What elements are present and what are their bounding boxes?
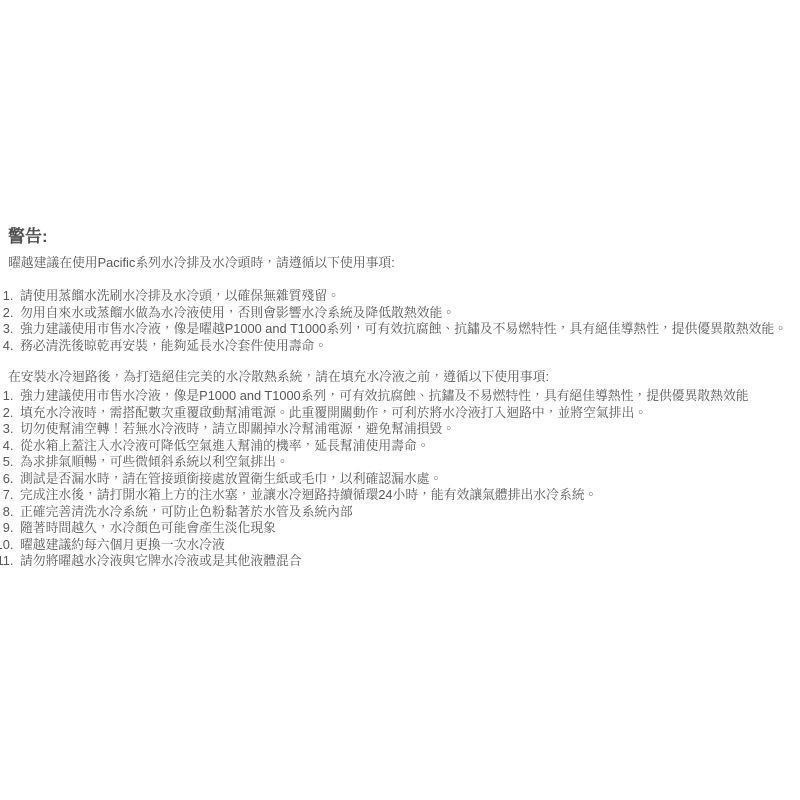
instruction-item: 勿用自來水或蒸餾水做為水冷液使用，否則會影響水冷系統及降低散熱效能。: [17, 305, 792, 322]
instruction-item: 填充水冷液時，需搭配數次重覆啟動幫浦電源。此重覆開關動作，可利於將水冷液打入迴路…: [17, 405, 792, 422]
document-page: 警告: 曜越建議在使用Pacific系列水冷排及水冷頭時，請遵循以下使用事項: …: [0, 227, 800, 570]
instruction-item: 強力建議使用市售水冷液，像是P1000 and T1000系列，可有效抗腐蝕、抗…: [17, 388, 792, 405]
fill-instructions-list: 強力建議使用市售水冷液，像是P1000 and T1000系列，可有效抗腐蝕、抗…: [8, 388, 792, 570]
instruction-item: 請使用蒸餾水洗刷水冷排及水冷頭，以確保無雜質殘留。: [17, 288, 792, 305]
instruction-item: 為求排氣順暢，可些微傾斜系統以利空氣排出。: [17, 454, 792, 471]
instruction-item: 切勿使幫浦空轉！若無水冷液時，請立即關掉水冷幫浦電源，避免幫浦損毀。: [17, 421, 792, 438]
instruction-item: 曜越建議約每六個月更換一次水冷液: [17, 537, 792, 554]
instruction-item: 從水箱上蓋注入水冷液可降低空氣進入幫浦的機率，延長幫浦使用壽命。: [17, 438, 792, 455]
instruction-item: 隨著時間越久，水冷顏色可能會產生淡化現象: [17, 520, 792, 537]
fill-intro-paragraph: 在安裝水冷迴路後，為打造絕佳完美的水冷散熱系統，請在填充水冷液之前，遵循以下使用…: [8, 369, 792, 385]
instruction-item: 強力建議使用市售水冷液，像是曜越P1000 and T1000系列，可有效抗腐蝕…: [17, 321, 792, 338]
pre-fill-instructions-list: 請使用蒸餾水洗刷水冷排及水冷頭，以確保無雜質殘留。 勿用自來水或蒸餾水做為水冷液…: [8, 288, 792, 354]
instruction-item: 完成注水後，請打開水箱上方的注水塞，並讓水冷迴路持續循環24小時，能有效讓氣體排…: [17, 487, 792, 504]
instruction-item: 務必清洗後晾乾再安裝，能夠延長水冷套件使用壽命。: [17, 338, 792, 355]
instruction-item: 正確完善清洗水冷系統，可防止色粉黏著於水管及系統內部: [17, 504, 792, 521]
instruction-item: 測試是否漏水時，請在管接頭銜接處放置衛生紙或毛巾，以利確認漏水處。: [17, 471, 792, 488]
warning-intro-paragraph: 曜越建議在使用Pacific系列水冷排及水冷頭時，請遵循以下使用事項:: [8, 255, 792, 271]
warning-title: 警告:: [8, 227, 792, 247]
instruction-item: 請勿將曜越水冷液與它牌水冷液或是其他液體混合: [17, 553, 792, 570]
